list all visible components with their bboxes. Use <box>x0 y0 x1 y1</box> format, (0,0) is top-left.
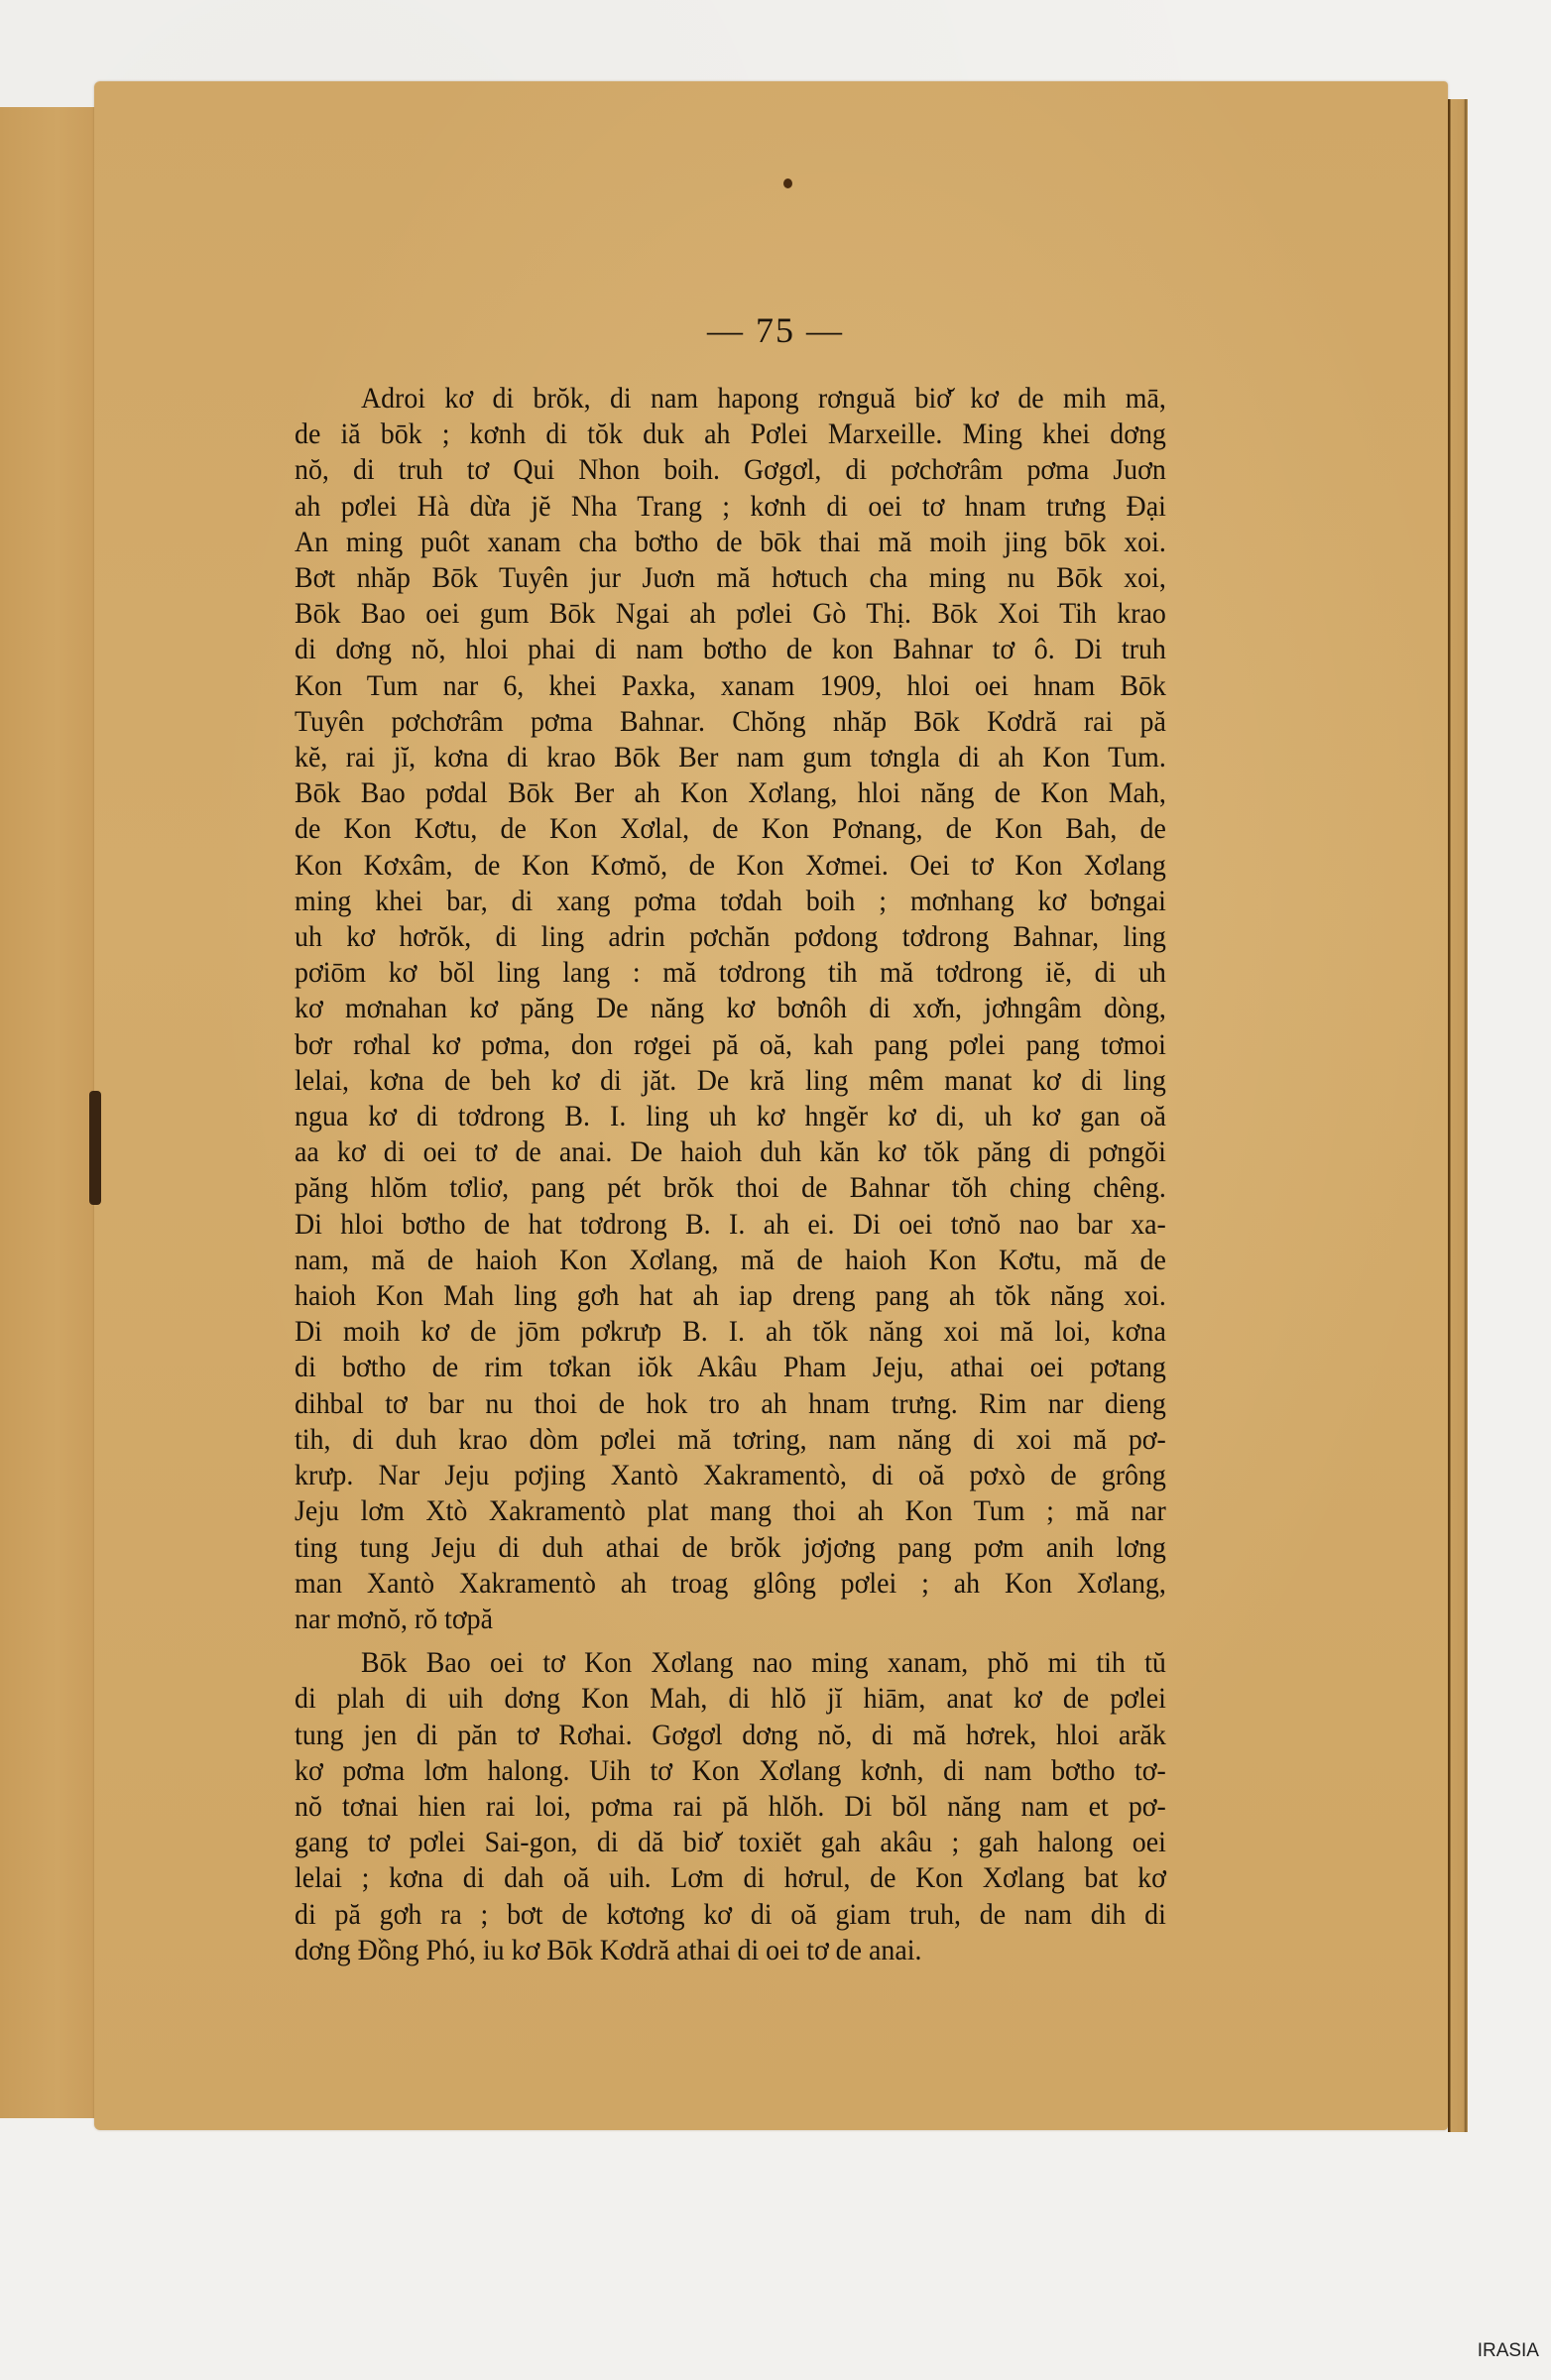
ink-speck <box>783 178 792 188</box>
text-line: bơr rơhal kơ pơma, don rơgei pă oă, kah … <box>295 1027 1166 1063</box>
text-line: haioh Kon Mah ling gơh hat ah iap dreng … <box>295 1278 1166 1314</box>
text-line: nam, mă de haioh Kon Xơlang, mă de haioh… <box>295 1243 1166 1278</box>
page-number: — 75 — <box>0 309 1551 351</box>
text-line: nŏ, di truh tơ Qui Nhon boih. Gơgơl, di … <box>295 452 1166 488</box>
text-line: di pă gơh ra ; bơt de kơtơng kơ di oă gi… <box>295 1897 1166 1933</box>
binding-staple <box>89 1091 101 1205</box>
text-line: Bōk Bao oei tơ Kon Xơlang nao ming xanam… <box>295 1645 1166 1681</box>
text-line: kơ mơnahan kơ păng De năng kơ bơnôh di x… <box>295 991 1166 1026</box>
text-line: tih, di duh krao dòm pơlei mă tơring, na… <box>295 1422 1166 1458</box>
text-line: Kon Tum nar 6, khei Paxka, xanam 1909, h… <box>295 668 1166 704</box>
text-line: Adroi kơ di brŏk, di nam hapong rơnguă b… <box>295 381 1166 416</box>
text-line: krưp. Nar Jeju pơjing Xantò Xakramentò, … <box>295 1458 1166 1493</box>
text-line: nŏ tơnai hien rai loi, pơma rai pă hlŏh.… <box>295 1789 1166 1825</box>
text-line: ting tung Jeju di duh athai de brŏk jơjơ… <box>295 1530 1166 1566</box>
text-line: păng hlŏm tơliơ, pang pét brŏk thoi de B… <box>295 1170 1166 1206</box>
text-line: Di moih kơ de jōm pơkrưp B. I. ah tŏk nă… <box>295 1314 1166 1350</box>
text-line: Bōk Bao pơdal Bōk Ber ah Kon Xơlang, hlo… <box>295 775 1166 811</box>
text-line: nar mơnŏ, rŏ tơpă <box>295 1602 1166 1637</box>
text-line: Jeju lơm Xtò Xakramentò plat mang thoi a… <box>295 1493 1166 1529</box>
text-line: di bơtho de rim tơkan iŏk Akâu Pham Jeju… <box>295 1350 1166 1385</box>
text-line: lelai ; kơna di dah oă uih. Lơm di hơrul… <box>295 1860 1166 1896</box>
paragraph-2: Bōk Bao oei tơ Kon Xơlang nao ming xanam… <box>295 1645 1166 1968</box>
text-line: Bōk Bao oei gum Bōk Ngai ah pơlei Gò Thị… <box>295 596 1166 632</box>
text-line: pơiōm kơ bŏl ling lang : mă tơdrong tih … <box>295 955 1166 991</box>
watermark: IRASIA <box>1478 2340 1539 2362</box>
body-text: Adroi kơ di brŏk, di nam hapong rơnguă b… <box>295 381 1166 1968</box>
page-stack-edge <box>1448 99 1468 2132</box>
text-line: tung jen di păn tơ Rơhai. Gơgơl dơng nŏ,… <box>295 1718 1166 1753</box>
text-line: gang tơ pơlei Sai-gon, di dă biơ̆ toxiĕt… <box>295 1825 1166 1860</box>
text-line: dơng Đồng Phó, iu kơ Bōk Kơdră athai di … <box>295 1933 1166 1968</box>
text-line: Kon Kơxâm, de Kon Kơmŏ, de Kon Xơmei. Oe… <box>295 848 1166 884</box>
text-line: de Kon Kơtu, de Kon Xơlal, de Kon Pơnang… <box>295 811 1166 847</box>
text-line: aa kơ di oei tơ de anai. De haioh duh kă… <box>295 1134 1166 1170</box>
text-line: ming khei bar, di xang pơma tơdah boih ;… <box>295 884 1166 919</box>
text-line: kĕ, rai jĭ, kơna di krao Bōk Ber nam gum… <box>295 740 1166 775</box>
text-line: An ming puôt xanam cha bơtho de bōk thai… <box>295 525 1166 560</box>
text-line: man Xantò Xakramentò ah troag glông pơle… <box>295 1566 1166 1602</box>
text-line: dihbal tơ bar nu thoi de hok tro ah hnam… <box>295 1386 1166 1422</box>
text-line: ngua kơ di tơdrong B. I. ling uh kơ hngĕ… <box>295 1099 1166 1134</box>
text-line: uh kơ hơrŏk, di ling adrin pơchăn pơdong… <box>295 919 1166 955</box>
text-line: ah pơlei Hà dừa jĕ Nha Trang ; kơnh di o… <box>295 489 1166 525</box>
text-line: kơ pơma lơm halong. Uih tơ Kon Xơlang kơ… <box>295 1753 1166 1789</box>
text-line: di dơng nŏ, hloi phai di nam bơtho de ko… <box>295 632 1166 667</box>
text-line: di plah di uih dơng Kon Mah, di hlŏ jĭ h… <box>295 1681 1166 1717</box>
text-line: Tuyên pơchơrâm pơma Bahnar. Chŏng nhăp B… <box>295 704 1166 740</box>
previous-page-edge <box>0 107 95 2118</box>
text-line: Bơt nhăp Bōk Tuyên jur Juơn mă hơtuch ch… <box>295 560 1166 596</box>
text-line: lelai, kơna de beh kơ di jăt. De kră lin… <box>295 1063 1166 1099</box>
text-line: Di hloi bơtho de hat tơdrong B. I. ah ei… <box>295 1207 1166 1243</box>
paragraph-1: Adroi kơ di brŏk, di nam hapong rơnguă b… <box>295 381 1166 1637</box>
text-line: de iă bōk ; kơnh di tŏk duk ah Pơlei Mar… <box>295 416 1166 452</box>
